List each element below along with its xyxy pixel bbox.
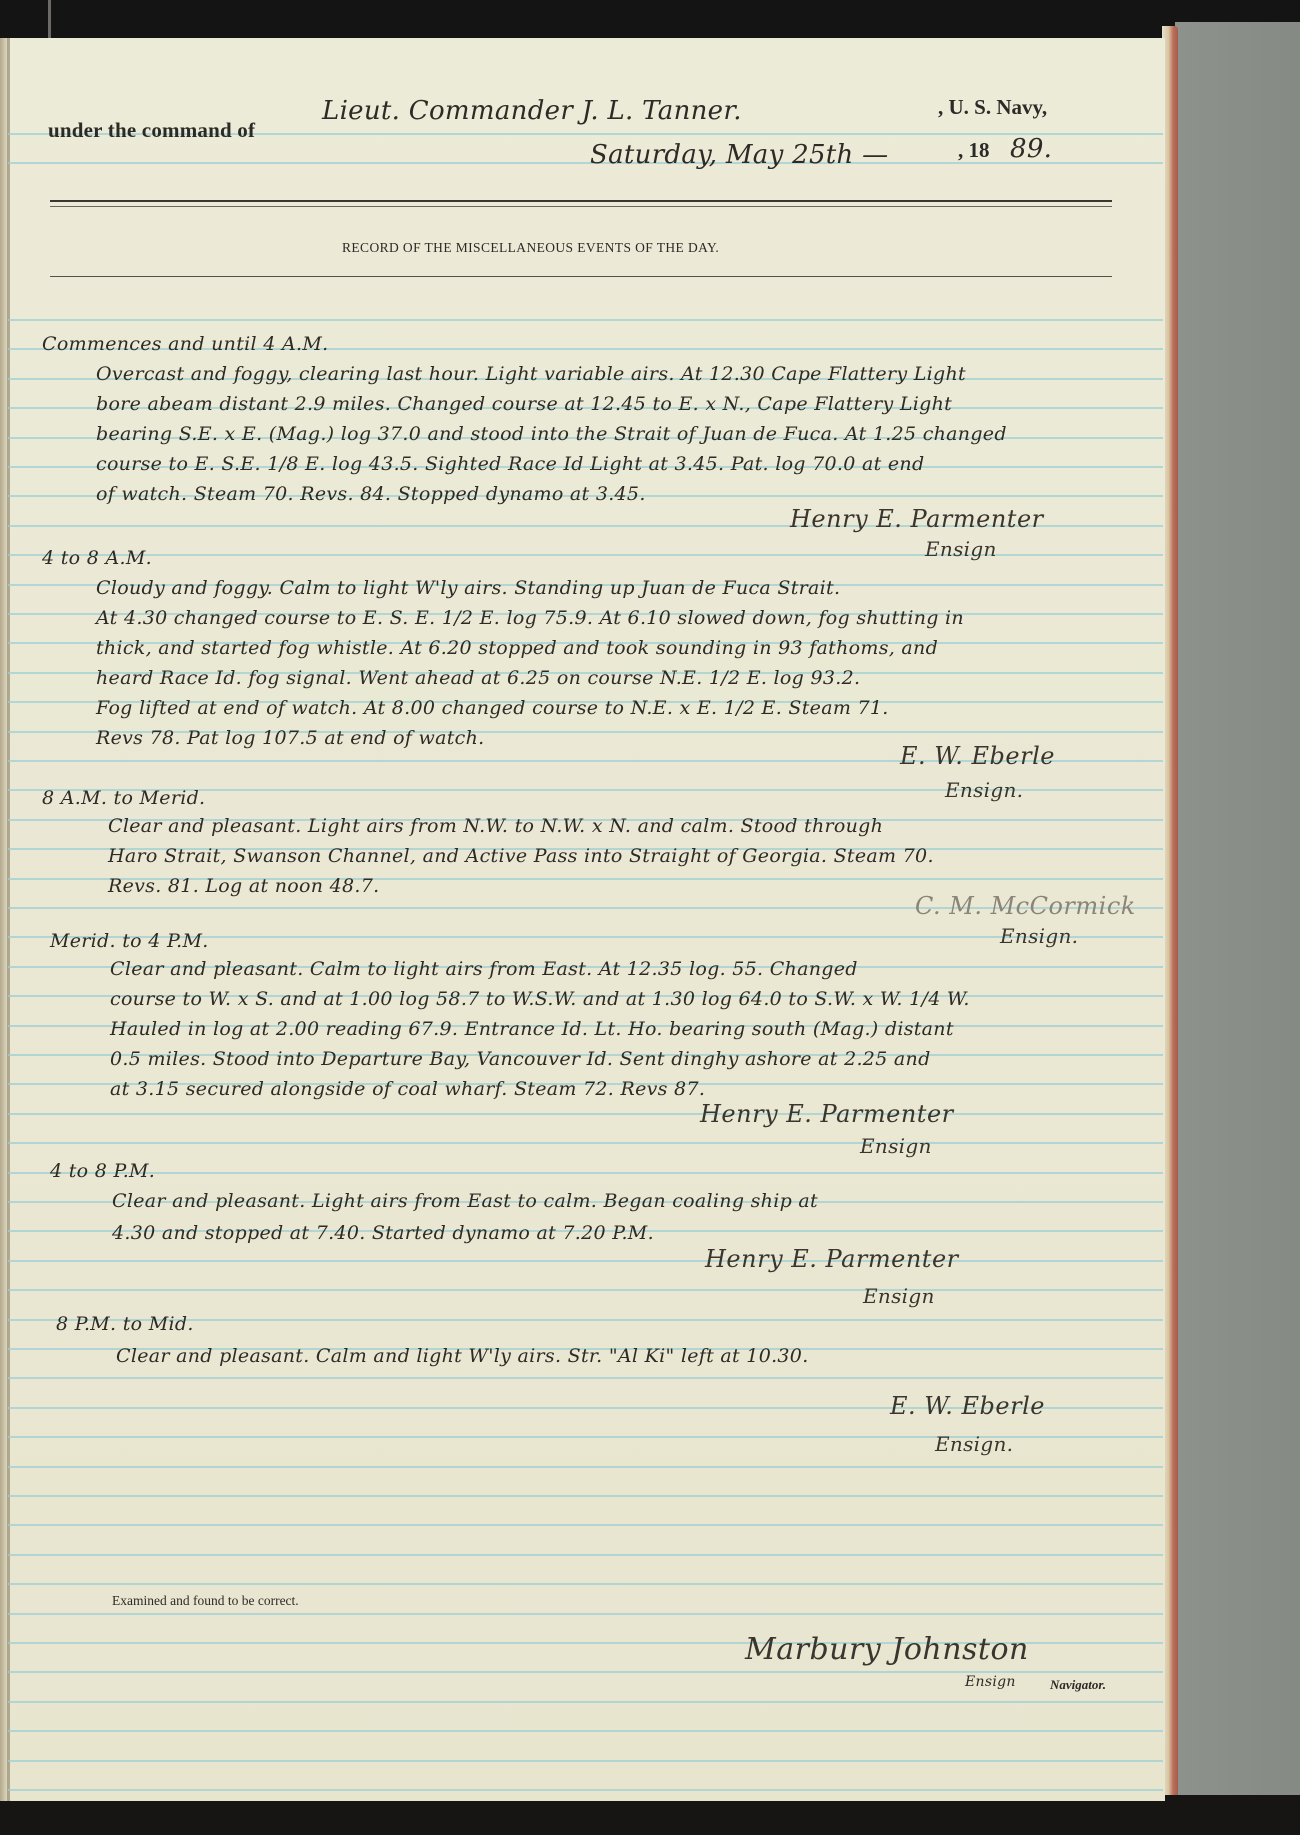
navy-label: , U. S. Navy, [938, 95, 1047, 120]
officer-rank: Ensign [860, 1134, 932, 1158]
ruled-line [8, 1583, 1163, 1585]
log-line: Hauled in log at 2.00 reading 67.9. Entr… [110, 1018, 954, 1040]
watch-heading-afternoon: Merid. to 4 P.M. [50, 930, 209, 952]
officer-rank: Ensign. [945, 778, 1023, 802]
officer-rank: Ensign. [935, 1432, 1013, 1456]
log-line: bore abeam distant 2.9 miles. Changed co… [96, 393, 952, 415]
book-binding-top [0, 0, 1300, 40]
record-heading: RECORD OF THE MISCELLANEOUS EVENTS OF TH… [342, 240, 719, 256]
ruled-line [8, 1377, 1163, 1379]
gutter-line [7, 38, 10, 1801]
ruled-line [8, 1730, 1163, 1732]
log-line: Haro Strait, Swanson Channel, and Active… [108, 845, 934, 867]
officer-signature: Henry E. Parmenter [705, 1245, 959, 1273]
officer-signature: Henry E. Parmenter [790, 505, 1044, 533]
officer-signature: E. W. Eberle [900, 742, 1055, 770]
log-line: Clear and pleasant. Light airs from N.W.… [108, 815, 883, 837]
binding-spine [48, 0, 51, 40]
watch-heading-dog-watch: 4 to 8 P.M. [50, 1160, 155, 1182]
ruled-line [8, 1495, 1163, 1497]
log-line: Clear and pleasant. Light airs from East… [112, 1190, 818, 1212]
header-divider-thick [50, 200, 1112, 202]
background-surface [1175, 22, 1300, 1835]
log-line: course to E. S.E. 1/8 E. log 43.5. Sight… [96, 453, 924, 475]
log-line: Clear and pleasant. Calm to light airs f… [110, 958, 858, 980]
year-suffix: 89. [1010, 134, 1052, 164]
watch-heading-forenoon: 8 A.M. to Merid. [42, 787, 205, 809]
ruled-line [8, 1142, 1163, 1144]
log-line: of watch. Steam 70. Revs. 84. Stopped dy… [96, 483, 646, 505]
log-line: Cloudy and foggy. Calm to light W'ly air… [96, 577, 840, 599]
commander-name: Lieut. Commander J. L. Tanner. [322, 96, 742, 126]
ruled-line [8, 319, 1163, 321]
log-line: Revs 78. Pat log 107.5 at end of watch. [96, 727, 484, 749]
navigator-rank-handwritten: Ensign [965, 1674, 1016, 1690]
watch-heading-midwatch: Commences and until 4 A.M. [42, 333, 328, 355]
ruled-line [8, 1613, 1163, 1615]
log-line: At 4.30 changed course to E. S. E. 1/2 E… [96, 607, 964, 629]
record-divider [50, 276, 1112, 277]
log-line: course to W. x S. and at 1.00 log 58.7 t… [110, 988, 970, 1010]
watch-heading-morning: 4 to 8 A.M. [42, 547, 152, 569]
log-line: at 3.15 secured alongside of coal wharf.… [110, 1078, 705, 1100]
officer-signature: E. W. Eberle [890, 1392, 1045, 1420]
year-prefix: , 18 [958, 138, 990, 163]
log-line: Revs. 81. Log at noon 48.7. [108, 875, 379, 897]
log-line: heard Race Id. fog signal. Went ahead at… [96, 667, 860, 689]
log-line: Overcast and foggy, clearing last hour. … [96, 363, 966, 385]
log-line: 0.5 miles. Stood into Departure Bay, Van… [110, 1048, 931, 1070]
ruled-line [8, 1172, 1163, 1174]
book-binding-bottom [0, 1795, 1300, 1835]
log-line: Clear and pleasant. Calm and light W'ly … [116, 1345, 809, 1367]
watch-heading-first-watch: 8 P.M. to Mid. [56, 1313, 194, 1335]
log-date: Saturday, May 25th — [590, 140, 888, 170]
officer-signature: Henry E. Parmenter [700, 1100, 954, 1128]
header-divider-thin [50, 206, 1112, 207]
ruled-line [8, 1701, 1163, 1703]
log-line: bearing S.E. x E. (Mag.) log 37.0 and st… [96, 423, 1007, 445]
log-line: 4.30 and stopped at 7.40. Started dynamo… [112, 1222, 654, 1244]
ruled-line [8, 1554, 1163, 1556]
ruled-line [8, 1466, 1163, 1468]
officer-rank: Ensign [925, 537, 997, 561]
ruled-line [8, 1260, 1163, 1262]
ruled-line [8, 1789, 1163, 1791]
officer-signature: C. M. McCormick [915, 892, 1136, 920]
navigator-label: Navigator. [1050, 1677, 1106, 1693]
ruled-line [8, 1113, 1163, 1115]
ruled-line [8, 1760, 1163, 1762]
ruled-line [8, 162, 1163, 164]
log-line: Fog lifted at end of watch. At 8.00 chan… [96, 697, 889, 719]
officer-rank: Ensign. [1000, 924, 1078, 948]
examined-label: Examined and found to be correct. [112, 1593, 299, 1609]
log-line: thick, and started fog whistle. At 6.20 … [96, 637, 938, 659]
officer-rank: Ensign [863, 1284, 935, 1308]
ruled-line [8, 1289, 1163, 1291]
ruled-line [8, 1524, 1163, 1526]
command-label: under the command of [48, 118, 255, 143]
ruled-line [8, 1671, 1163, 1673]
navigator-signature: Marbury Johnston [745, 1632, 1029, 1667]
